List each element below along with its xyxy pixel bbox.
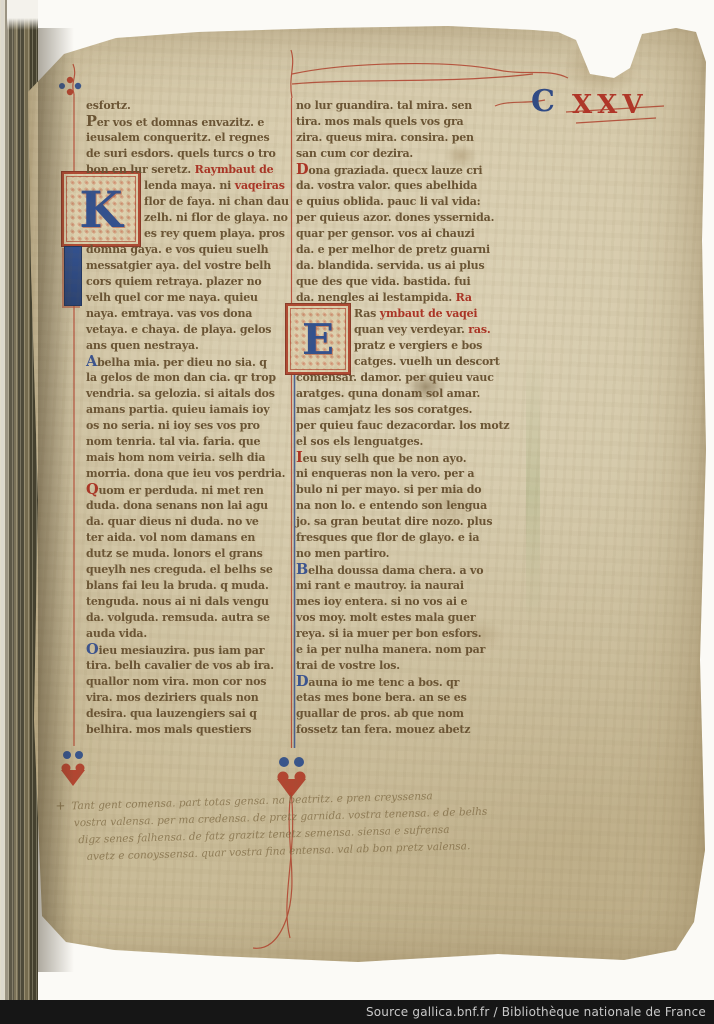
manuscript-line: no lur guandira. tal mira. sen bbox=[296, 98, 536, 114]
manuscript-line: e ia per nulha manera. nom par bbox=[296, 642, 536, 658]
manuscript-line: cors quiem retraya. plazer no bbox=[86, 274, 292, 290]
manuscript-line: ni enqueras non la vero. per a bbox=[296, 466, 536, 482]
manuscript-line: Ras ymbaut de vaqei bbox=[296, 306, 536, 322]
manuscript-line: belhira. mos mals questiers bbox=[86, 722, 292, 738]
manuscript-line: que des que vida. bastida. fui bbox=[296, 274, 536, 290]
manuscript-line: lenda maya. ni vaqeiras bbox=[86, 178, 292, 194]
manuscript-line: comensar. damor. per quieu vauc bbox=[296, 370, 536, 386]
manuscript-line: os no seria. ni ioy ses vos pro bbox=[86, 418, 292, 434]
manuscript-line: messatgier aya. del vostre belh bbox=[86, 258, 292, 274]
gutter-shadow bbox=[38, 28, 74, 972]
manuscript-line: Dauna io me tenc a bos. qr bbox=[296, 674, 536, 690]
manuscript-line: da. nengles ai lestampida. Ra bbox=[296, 290, 536, 306]
manuscript-line: nom tenria. tal via. faria. que bbox=[86, 434, 292, 450]
stain bbox=[563, 38, 641, 96]
manuscript-line: queylh nes creguda. el belhs se bbox=[86, 562, 292, 578]
manuscript-line: Oieu mesiauzira. pus iam par bbox=[86, 642, 292, 658]
manuscript-line: mais hom nom veiria. selh dia bbox=[86, 450, 292, 466]
manuscript-line: amans partia. quieu iamais ioy bbox=[86, 402, 292, 418]
manuscript-line: fossetz tan fera. mouez abetz bbox=[296, 722, 536, 738]
text-column-left: esfortz.Per vos et domnas envazitz. eieu… bbox=[86, 98, 292, 738]
manuscript-line: quan vey verdeyar. ras. bbox=[296, 322, 536, 338]
text-column-right: no lur guandira. tal mira. sentira. mos … bbox=[296, 98, 536, 738]
manuscript-line: da. e per melhor de pretz guarni bbox=[296, 242, 536, 258]
manuscript-line: guallar de pros. ab que nom bbox=[296, 706, 536, 722]
manuscript-line: trai de vostre los. bbox=[296, 658, 536, 674]
manuscript-line: fresques que flor de glayo. e ia bbox=[296, 530, 536, 546]
manuscript-line: tira. belh cavalier de vos ab ira. bbox=[86, 658, 292, 674]
manuscript-line: Dona graziada. quecx lauze cri bbox=[296, 162, 536, 178]
manuscript-line: el sos els lenguatges. bbox=[296, 434, 536, 450]
manuscript-line: la gelos de mon dan cia. qr trop bbox=[86, 370, 292, 386]
manuscript-line: tira. mos mals quels vos gra bbox=[296, 114, 536, 130]
manuscript-line: tenguda. nous ai ni dals vengu bbox=[86, 594, 292, 610]
manuscript-line: Abelha mia. per dieu no sia. q bbox=[86, 354, 292, 370]
manuscript-line: de suri esdors. quels turcs o tro bbox=[86, 146, 292, 162]
manuscript-line: pratz e vergiers e bos bbox=[296, 338, 536, 354]
manuscript-line: Per vos et domnas envazitz. e bbox=[86, 114, 292, 130]
source-credit-text: Source gallica.bnf.fr / Bibliothèque nat… bbox=[366, 1005, 714, 1019]
parchment-page: C XXV K E esfortz.Per vos et domnas enva… bbox=[28, 20, 708, 972]
manuscript-line: flor de faya. ni chan dau bbox=[86, 194, 292, 210]
manuscript-line: san cum cor dezira. bbox=[296, 146, 536, 162]
source-credit-bar: Source gallica.bnf.fr / Bibliothèque nat… bbox=[0, 1000, 714, 1024]
manuscript-line: Belha doussa dama chera. a vo bbox=[296, 562, 536, 578]
manuscript-line: mes ioy entera. si no vos ai e bbox=[296, 594, 536, 610]
manuscript-line: mas camjatz les sos coratges. bbox=[296, 402, 536, 418]
manuscript-line: velh quel cor me naya. quieu bbox=[86, 290, 292, 306]
manuscript-line: es rey quem playa. pros bbox=[86, 226, 292, 242]
manuscript-line: na non lo. e entendo son lengua bbox=[296, 498, 536, 514]
manuscript-line: catges. vuelh un descort bbox=[296, 354, 536, 370]
manuscript-line: auda vida. bbox=[86, 626, 292, 642]
manuscript-line: naya. emtraya. vas vos dona bbox=[86, 306, 292, 322]
manuscript-line: bulo ni per mayo. si per mia do bbox=[296, 482, 536, 498]
manuscript-line: ieusalem conqueritz. el regnes bbox=[86, 130, 292, 146]
manuscript-line: duda. dona senans non lai agu bbox=[86, 498, 292, 514]
manuscript-line: ans quen nestraya. bbox=[86, 338, 292, 354]
folio-number-numeral: XXV bbox=[572, 90, 648, 120]
manuscript-line: ter aida. vol nom damans en bbox=[86, 530, 292, 546]
manuscript-line: da. volguda. remsuda. autra se bbox=[86, 610, 292, 626]
marginal-note: + Tant gent comensa. part totas gensa. n… bbox=[57, 785, 539, 866]
manuscript-line: bon en lur seretz. Raymbaut de bbox=[86, 162, 292, 178]
manuscript-line: da. vostra valor. ques abelhida bbox=[296, 178, 536, 194]
manuscript-line: vira. mos deziriers quals non bbox=[86, 690, 292, 706]
manuscript-line: dutz se muda. lonors el grans bbox=[86, 546, 292, 562]
gutter-top-highlight bbox=[7, 0, 38, 30]
manuscript-line: zira. queus mira. consira. pen bbox=[296, 130, 536, 146]
manuscript-line: esfortz. bbox=[86, 98, 292, 114]
manuscript-line: morria. dona que ieu vos perdria. bbox=[86, 466, 292, 482]
manuscript-line: vos moy. molt estes mala guer bbox=[296, 610, 536, 626]
manuscript-line: etas mes bone bera. an se es bbox=[296, 690, 536, 706]
manuscript-line: vetaya. e chaya. de playa. gelos bbox=[86, 322, 292, 338]
manuscript-line: domna gaya. e vos quieu suelh bbox=[86, 242, 292, 258]
manuscript-line: per quieu fauc dezacordar. los motz bbox=[296, 418, 536, 434]
manuscript-scan: C XXV K E esfortz.Per vos et domnas enva… bbox=[0, 0, 714, 1024]
manuscript-line: quar per gensor. vos ai chauzi bbox=[296, 226, 536, 242]
manuscript-line: da. quar dieus ni duda. no ve bbox=[86, 514, 292, 530]
manuscript-line: desira. qua lauzengiers sai q bbox=[86, 706, 292, 722]
manuscript-line: e quius oblida. pauc li val vida: bbox=[296, 194, 536, 210]
manuscript-line: jo. sa gran beutat dire nozo. plus bbox=[296, 514, 536, 530]
manuscript-line: blans fai leu la bruda. q muda. bbox=[86, 578, 292, 594]
manuscript-line: quallor nom vira. mon cor nos bbox=[86, 674, 292, 690]
manuscript-line: no men partiro. bbox=[296, 546, 536, 562]
manuscript-line: Quom er perduda. ni met ren bbox=[86, 482, 292, 498]
manuscript-line: mi rant e mautroy. ia naurai bbox=[296, 578, 536, 594]
manuscript-line: da. blandida. servida. us ai plus bbox=[296, 258, 536, 274]
manuscript-line: vendria. sa gelozia. si aitals dos bbox=[86, 386, 292, 402]
manuscript-line: aratges. quna donam sol amar. bbox=[296, 386, 536, 402]
manuscript-line: Ieu suy selh que be non ayo. bbox=[296, 450, 536, 466]
manuscript-line: reya. si ia muer per bon esfors. bbox=[296, 626, 536, 642]
manuscript-line: per quieus azor. dones yssernida. bbox=[296, 210, 536, 226]
manuscript-line: zelh. ni flor de glaya. no bbox=[86, 210, 292, 226]
